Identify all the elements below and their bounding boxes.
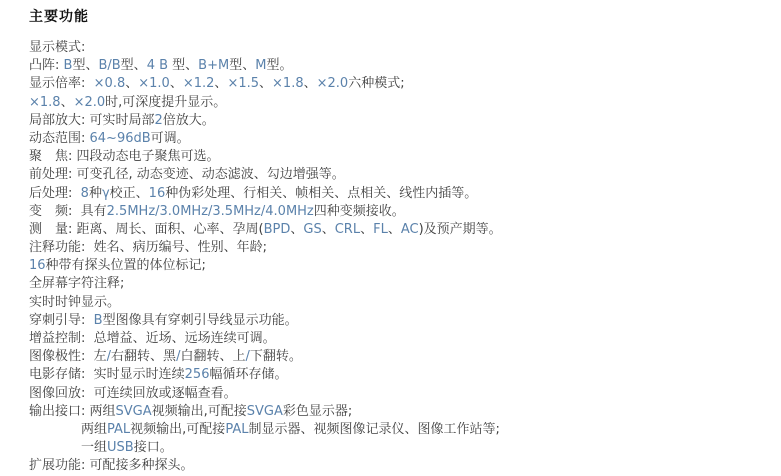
chinese-text-segment: 后处理: (29, 186, 81, 201)
text-line: 显示倍率: ×0.8、×1.0、×1.2、×1.5、×1.8、×2.0六种模式; (29, 75, 769, 93)
text-line: 扩展功能: 可配接多种探头。 (29, 457, 769, 475)
latin-text-segment: PAL (225, 422, 248, 437)
latin-text-segment: PAL (107, 422, 130, 437)
latin-text-segment: ×1.5 (227, 76, 259, 91)
chinese-text-segment: 、 (214, 76, 227, 91)
latin-text-segment: γ (102, 186, 110, 201)
latin-text-segment: 2.5MHz/3.0MHz/3.5MHz/4.0MHz (107, 204, 314, 219)
latin-text-segment: ×1.2 (183, 76, 215, 91)
feature-document: 主要功能 显示模式:凸阵: B型、B/B型、4 B 型、B+M型、M型。显示倍率… (29, 8, 769, 476)
chinese-text-segment: 幅循环存储。 (209, 367, 287, 382)
chinese-text-segment: 全屏幕字符注释; (29, 276, 124, 291)
page-title: 主要功能 (29, 8, 769, 26)
text-line: 穿刺引导: B型图像具有穿刺引导线显示功能。 (29, 312, 769, 330)
latin-text-segment: GS (303, 222, 321, 237)
chinese-text-segment: 右翻转、黑 (111, 349, 176, 364)
chinese-text-segment: 制显示器、视频图像记录仪、图像工作站等; (248, 422, 499, 437)
text-line: 图像极性: 左/右翻转、黑/白翻转、上/下翻转。 (29, 348, 769, 366)
chinese-text-segment: 可调。 (151, 131, 190, 146)
text-line: 前处理: 可变孔径, 动态变迹、动态滤波、勾边增强等。 (29, 166, 769, 184)
chinese-text-segment: 四种变频接收。 (314, 204, 405, 219)
latin-text-segment: B (94, 313, 103, 328)
text-line: 实时时钟显示。 (29, 294, 769, 312)
latin-text-segment: ×1.8 (29, 95, 61, 110)
chinese-text-segment: 、 (322, 222, 335, 237)
latin-text-segment: 256 (185, 367, 210, 382)
latin-text-segment: USB (107, 440, 134, 455)
latin-text-segment: AC (401, 222, 419, 237)
chinese-text-segment: 种伪彩处理、行相关、帧相关、点相关、线性内插等。 (165, 186, 477, 201)
text-line: 16种带有探头位置的体位标记; (29, 257, 769, 275)
latin-text-segment: SVGA (247, 404, 283, 419)
chinese-text-segment: 种带有探头位置的体位标记; (46, 258, 206, 273)
latin-text-segment: ×2.0 (74, 95, 106, 110)
latin-text-segment: 16 (149, 186, 166, 201)
chinese-text-segment: 穿刺引导: (29, 313, 94, 328)
chinese-text-segment: 型、 (121, 58, 147, 73)
latin-text-segment: ×0.8 (94, 76, 126, 91)
latin-text-segment: BPD (264, 222, 291, 237)
chinese-text-segment: 测 量: 距离、周长、面积、心率、孕周( (29, 222, 264, 237)
text-line: 图像回放: 可连续回放或逐幅查看。 (29, 385, 769, 403)
chinese-text-segment: 白翻转、上 (180, 349, 245, 364)
text-line: 动态范围: 64~96dB可调。 (29, 130, 769, 148)
latin-text-segment: 8 (81, 186, 89, 201)
text-line: 后处理: 8种γ校正、16种伪彩处理、行相关、帧相关、点相关、线性内插等。 (29, 185, 769, 203)
chinese-text-segment: 增益控制: 总增益、近场、远场连续可调。 (29, 331, 276, 346)
text-line: 两组PAL视频输出,可配接PAL制显示器、视频图像记录仪、图像工作站等; (29, 421, 769, 439)
chinese-text-segment: 、 (170, 76, 183, 91)
chinese-text-segment: 校正、 (110, 186, 149, 201)
latin-text-segment: ×2.0 (317, 76, 349, 91)
chinese-text-segment: 型、 (72, 58, 98, 73)
latin-text-segment: SVGA (116, 404, 152, 419)
chinese-text-segment: 种 (89, 186, 102, 201)
text-line: 测 量: 距离、周长、面积、心率、孕周(BPD、GS、CRL、FL、AC)及预产… (29, 221, 769, 239)
chinese-text-segment: 实时时钟显示。 (29, 295, 120, 310)
feature-list: 显示模式:凸阵: B型、B/B型、4 B 型、B+M型、M型。显示倍率: ×0.… (29, 39, 769, 476)
chinese-text-segment: 凸阵: (29, 58, 64, 73)
chinese-text-segment: 一组 (29, 440, 107, 455)
chinese-text-segment: 型图像具有穿刺引导线显示功能。 (103, 313, 298, 328)
chinese-text-segment: 、 (360, 222, 373, 237)
chinese-text-segment: 型、 (229, 58, 255, 73)
latin-text-segment: ×1.0 (138, 76, 170, 91)
chinese-text-segment: 时,可深度提升显示。 (105, 95, 226, 110)
text-line: 显示模式: (29, 39, 769, 57)
latin-text-segment: 16 (29, 258, 46, 273)
chinese-text-segment: )及预产期等。 (419, 222, 502, 237)
chinese-text-segment: 聚 焦: 四段动态电子聚焦可选。 (29, 149, 220, 164)
chinese-text-segment: 、 (290, 222, 303, 237)
latin-text-segment: 2 (155, 113, 163, 128)
chinese-text-segment: 显示倍率: (29, 76, 94, 91)
text-line: 一组USB接口。 (29, 439, 769, 457)
text-line: ×1.8、×2.0时,可深度提升显示。 (29, 94, 769, 112)
chinese-text-segment: 下翻转。 (250, 349, 302, 364)
latin-text-segment: FL (373, 222, 388, 237)
latin-text-segment: CRL (335, 222, 360, 237)
blank-line (29, 26, 769, 39)
text-line: 电影存储: 实时显示时连续256幅循环存储。 (29, 366, 769, 384)
latin-text-segment: B/B (98, 58, 120, 73)
chinese-text-segment: 彩色显示器; (283, 404, 352, 419)
chinese-text-segment: 六种模式; (348, 76, 404, 91)
text-line: 注释功能: 姓名、病历编号、性别、年龄; (29, 239, 769, 257)
chinese-text-segment: 动态范围: (29, 131, 90, 146)
chinese-text-segment: 接口。 (134, 440, 173, 455)
chinese-text-segment: 电影存储: 实时显示时连续 (29, 367, 185, 382)
chinese-text-segment: 图像回放: 可连续回放或逐幅查看。 (29, 386, 237, 401)
text-line: 输出接口: 两组SVGA视频输出,可配接SVGA彩色显示器; (29, 403, 769, 421)
chinese-text-segment: 、 (388, 222, 401, 237)
text-line: 聚 焦: 四段动态电子聚焦可选。 (29, 148, 769, 166)
chinese-text-segment: 、 (125, 76, 138, 91)
chinese-text-segment: 倍放大。 (163, 113, 215, 128)
chinese-text-segment: 图像极性: 左 (29, 349, 107, 364)
latin-text-segment: 4 B (147, 58, 172, 73)
chinese-text-segment: 注释功能: 姓名、病历编号、性别、年龄; (29, 240, 267, 255)
latin-text-segment: M (255, 58, 266, 73)
chinese-text-segment: 、 (259, 76, 272, 91)
latin-text-segment: 64~96dB (90, 131, 151, 146)
chinese-text-segment: 型。 (266, 58, 292, 73)
latin-text-segment: ×1.8 (272, 76, 304, 91)
chinese-text-segment: 、 (304, 76, 317, 91)
chinese-text-segment: 型、 (172, 58, 198, 73)
chinese-text-segment: 两组 (29, 422, 107, 437)
latin-text-segment: B+M (198, 58, 229, 73)
chinese-text-segment: 视频输出,可配接 (152, 404, 247, 419)
chinese-text-segment: 变 频: 具有 (29, 204, 107, 219)
text-line: 全屏幕字符注释; (29, 275, 769, 293)
text-line: 增益控制: 总增益、近场、远场连续可调。 (29, 330, 769, 348)
chinese-text-segment: 局部放大: 可实时局部 (29, 113, 155, 128)
chinese-text-segment: 显示模式: (29, 40, 85, 55)
chinese-text-segment: 视频输出,可配接 (130, 422, 225, 437)
text-line: 变 频: 具有2.5MHz/3.0MHz/3.5MHz/4.0MHz四种变频接收… (29, 203, 769, 221)
chinese-text-segment: 扩展功能: 可配接多种探头。 (29, 458, 194, 473)
text-line: 局部放大: 可实时局部2倍放大。 (29, 112, 769, 130)
chinese-text-segment: 输出接口: 两组 (29, 404, 116, 419)
chinese-text-segment: 前处理: 可变孔径, 动态变迹、动态滤波、勾边增强等。 (29, 167, 345, 182)
chinese-text-segment: 、 (61, 95, 74, 110)
text-line: 凸阵: B型、B/B型、4 B 型、B+M型、M型。 (29, 57, 769, 75)
